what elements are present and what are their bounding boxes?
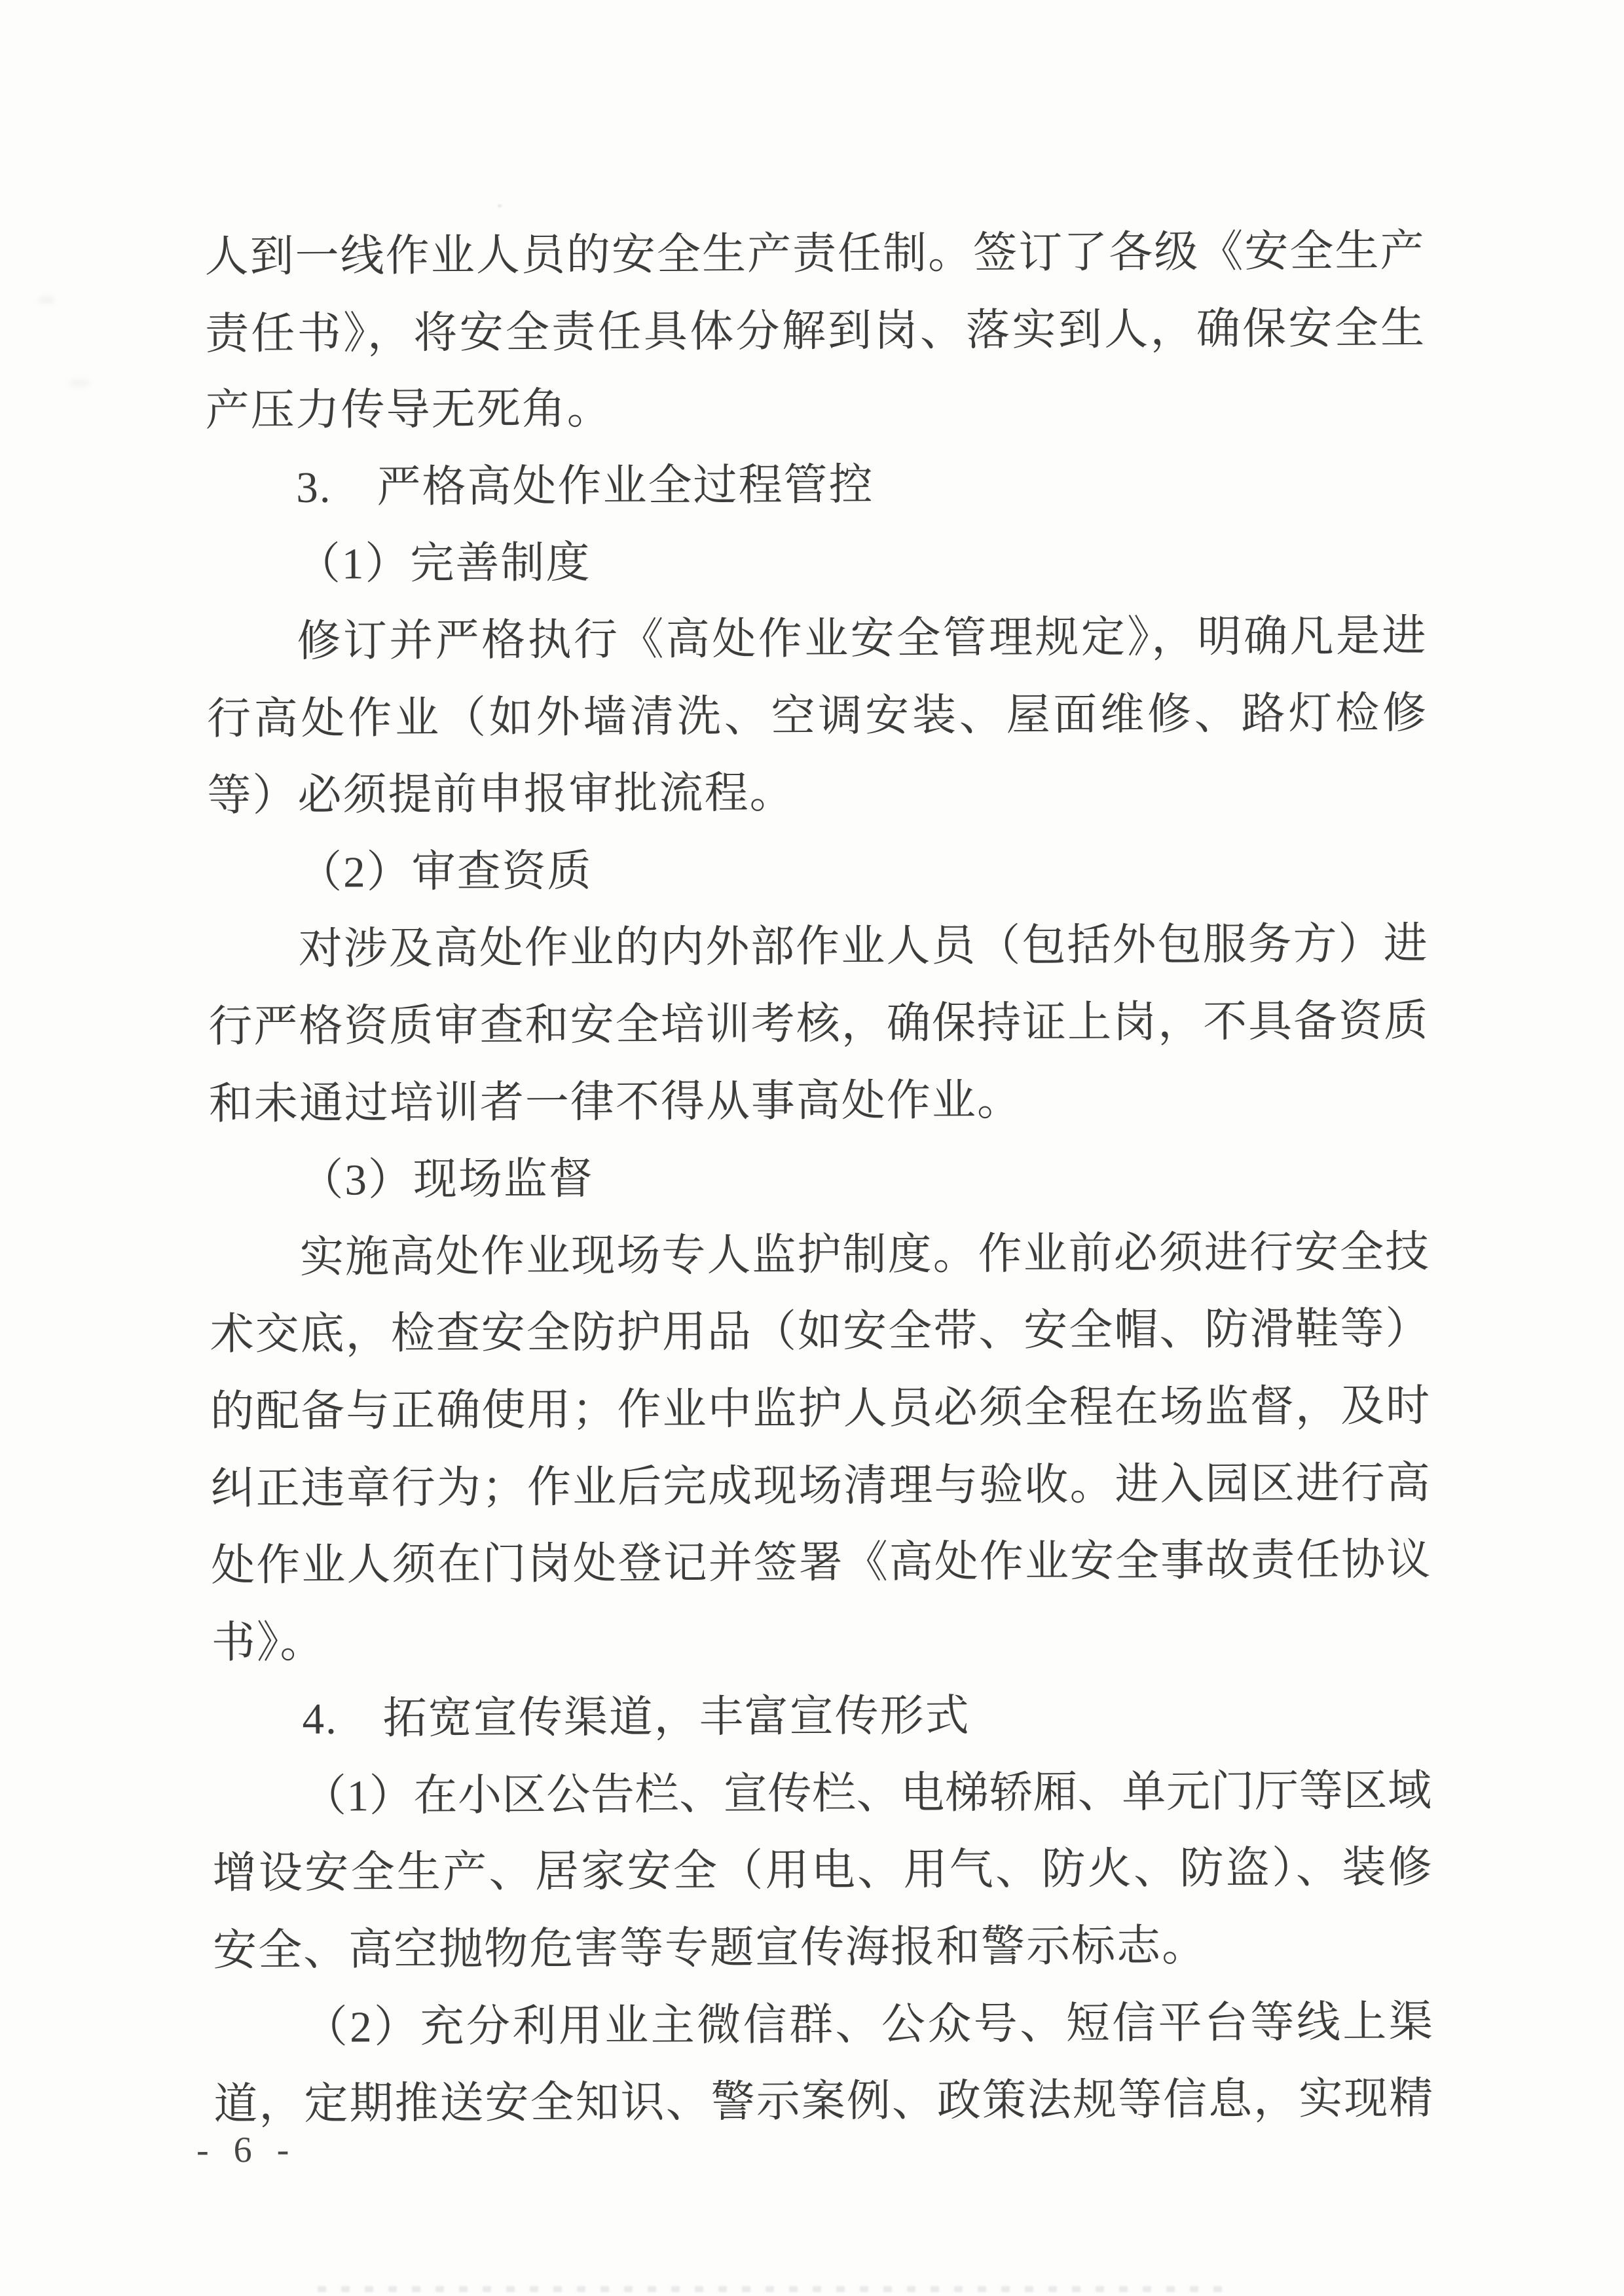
text-line: 安全、高空抛物危害等专题宣传海报和警示标志。 [213, 1906, 1433, 1990]
text-line: 术交底，检查安全防护用品（如安全带、安全帽、防滑鞋等） [210, 1291, 1430, 1374]
text-line: （2）充分利用业主微信群、公众号、短信平台等线上渠 [213, 1984, 1433, 2067]
text-line: 处作业人须在门岗处登记并签署《高处作业安全事故责任协议 [211, 1522, 1431, 1605]
text-line: （3）现场监督 [209, 1137, 1429, 1220]
scan-speck [498, 204, 502, 208]
text-line: 等）必须提前申报审批流程。 [207, 752, 1427, 835]
text-line: 增设安全生产、居家安全（用电、用气、防火、防盗）、装修 [212, 1830, 1432, 1913]
text-line: （1）在小区公告栏、宣传栏、电梯轿厢、单元门厅等区域 [212, 1753, 1432, 1836]
text-line: 责任书》，将安全责任具体分解到岗、落实到人，确保安全生 [205, 290, 1425, 373]
text-line: 和未通过培训者一律不得从事高处作业。 [209, 1060, 1429, 1143]
text-line: 修订并严格执行《高处作业安全管理规定》，明确凡是进 [206, 598, 1426, 681]
scanned-document-page: 人到一线作业人员的安全生产责任制。签订了各级《安全生产责任书》，将安全责任具体分… [0, 0, 1624, 2296]
text-line: 实施高处作业现场专人监护制度。作业前必须进行安全技 [210, 1214, 1430, 1297]
scan-smudge [68, 378, 90, 388]
text-line: 对涉及高处作业的内外部作业人员（包括外包服务方）进 [208, 906, 1428, 989]
text-line: （2）审查资质 [208, 829, 1428, 912]
text-line: 行高处作业（如外墙清洗、空调安装、屋面维修、路灯检修 [207, 675, 1427, 758]
bleed-through-artifact [318, 2286, 1234, 2292]
text-line: 纠正违章行为；作业后完成现场清理与验收。进入园区进行高 [210, 1445, 1430, 1528]
scan-smudge [38, 296, 55, 304]
text-line: 行严格资质审查和安全培训考核，确保持证上岗，不具备资质 [208, 983, 1428, 1066]
text-line: 人到一线作业人员的安全生产责任制。签订了各级《安全生产 [204, 213, 1424, 296]
text-line: 3. 严格高处作业全过程管控 [206, 444, 1426, 527]
text-line: 产压力传导无死角。 [205, 367, 1425, 450]
text-line: 书》。 [212, 1599, 1431, 1682]
text-line: 的配备与正确使用；作业中监护人员必须全程在场监督，及时 [210, 1368, 1430, 1451]
text-line: 道，定期推送安全知识、警示案例、政策法规等信息，实现精 [213, 2061, 1433, 2144]
page-number: - 6 - [196, 2129, 297, 2172]
text-line: 4. 拓宽宣传渠道，丰富宣传形式 [212, 1676, 1431, 1759]
text-line: （1）完善制度 [206, 521, 1426, 604]
body-text-block: 人到一线作业人员的安全生产责任制。签订了各级《安全生产责任书》，将安全责任具体分… [204, 213, 1433, 2143]
